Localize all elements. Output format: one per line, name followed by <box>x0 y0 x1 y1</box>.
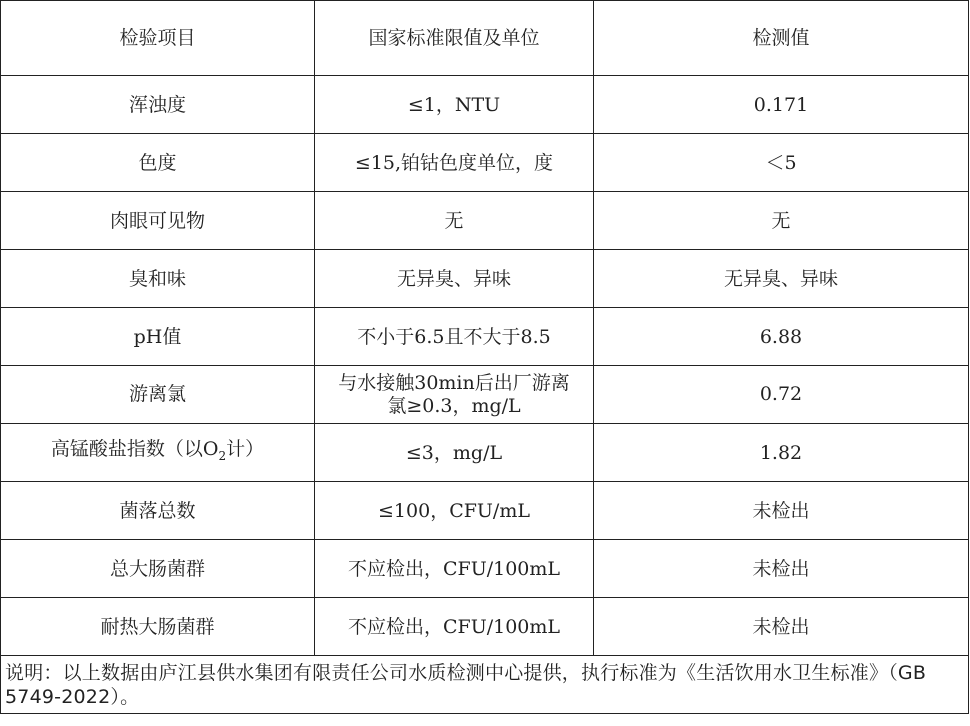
standard-line: 氯≥0.3，mg/L <box>319 395 589 418</box>
value-cell: 未检出 <box>594 482 969 540</box>
table-row: 总大肠菌群 不应检出，CFU/100mL 未检出 <box>1 540 969 598</box>
standard-cell: ≤15,铂钴色度单位，度 <box>315 134 594 192</box>
water-quality-table: 检验项目 国家标准限值及单位 检测值 浑浊度 ≤1，NTU 0.171 色度 ≤… <box>0 0 969 714</box>
standard-line: 与水接触30min后出厂游离 <box>319 372 589 395</box>
item-cell: 总大肠菌群 <box>1 540 315 598</box>
item-text: 计） <box>226 438 264 460</box>
standard-cell: ≤100，CFU/mL <box>315 482 594 540</box>
table-row: 耐热大肠菌群 不应检出，CFU/100mL 未检出 <box>1 598 969 656</box>
table-row: 游离氯 与水接触30min后出厂游离 氯≥0.3，mg/L 0.72 <box>1 366 969 424</box>
value-cell: 1.82 <box>594 424 969 482</box>
header-standard: 国家标准限值及单位 <box>315 1 594 76</box>
value-cell: 0.72 <box>594 366 969 424</box>
standard-cell: ≤1，NTU <box>315 76 594 134</box>
item-cell: 浑浊度 <box>1 76 315 134</box>
standard-cell: 不小于6.5且不大于8.5 <box>315 308 594 366</box>
table-row: 高锰酸盐指数（以O2计） ≤3，mg/L 1.82 <box>1 424 969 482</box>
value-cell: 未检出 <box>594 540 969 598</box>
table-row: 浑浊度 ≤1，NTU 0.171 <box>1 76 969 134</box>
item-cell: 游离氯 <box>1 366 315 424</box>
item-cell: 臭和味 <box>1 250 315 308</box>
standard-cell: ≤3，mg/L <box>315 424 594 482</box>
table-row: pH值 不小于6.5且不大于8.5 6.88 <box>1 308 969 366</box>
header-value: 检测值 <box>594 1 969 76</box>
item-text: 高锰酸盐指数（以O <box>51 438 219 460</box>
standard-cell: 不应检出，CFU/100mL <box>315 540 594 598</box>
table-header-row: 检验项目 国家标准限值及单位 检测值 <box>1 1 969 76</box>
header-item: 检验项目 <box>1 1 315 76</box>
note-text: 说明：以上数据由庐江县供水集团有限责任公司水质检测中心提供，执行标准为《生活饮用… <box>1 656 969 714</box>
standard-cell: 无 <box>315 192 594 250</box>
table-row: 色度 ≤15,铂钴色度单位，度 ＜5 <box>1 134 969 192</box>
value-cell: 0.171 <box>594 76 969 134</box>
item-cell: 肉眼可见物 <box>1 192 315 250</box>
item-cell: 菌落总数 <box>1 482 315 540</box>
item-cell: 耐热大肠菌群 <box>1 598 315 656</box>
standard-cell: 不应检出，CFU/100mL <box>315 598 594 656</box>
table-row: 臭和味 无异臭、异味 无异臭、异味 <box>1 250 969 308</box>
note-row: 说明：以上数据由庐江县供水集团有限责任公司水质检测中心提供，执行标准为《生活饮用… <box>1 656 969 714</box>
item-cell: pH值 <box>1 308 315 366</box>
standard-cell: 与水接触30min后出厂游离 氯≥0.3，mg/L <box>315 366 594 424</box>
item-cell: 色度 <box>1 134 315 192</box>
table-row: 菌落总数 ≤100，CFU/mL 未检出 <box>1 482 969 540</box>
item-cell: 高锰酸盐指数（以O2计） <box>1 424 315 482</box>
value-cell: ＜5 <box>594 134 969 192</box>
value-cell: 6.88 <box>594 308 969 366</box>
value-cell: 无异臭、异味 <box>594 250 969 308</box>
value-cell: 无 <box>594 192 969 250</box>
subscript: 2 <box>218 449 226 463</box>
standard-cell: 无异臭、异味 <box>315 250 594 308</box>
value-cell: 未检出 <box>594 598 969 656</box>
table-row: 肉眼可见物 无 无 <box>1 192 969 250</box>
